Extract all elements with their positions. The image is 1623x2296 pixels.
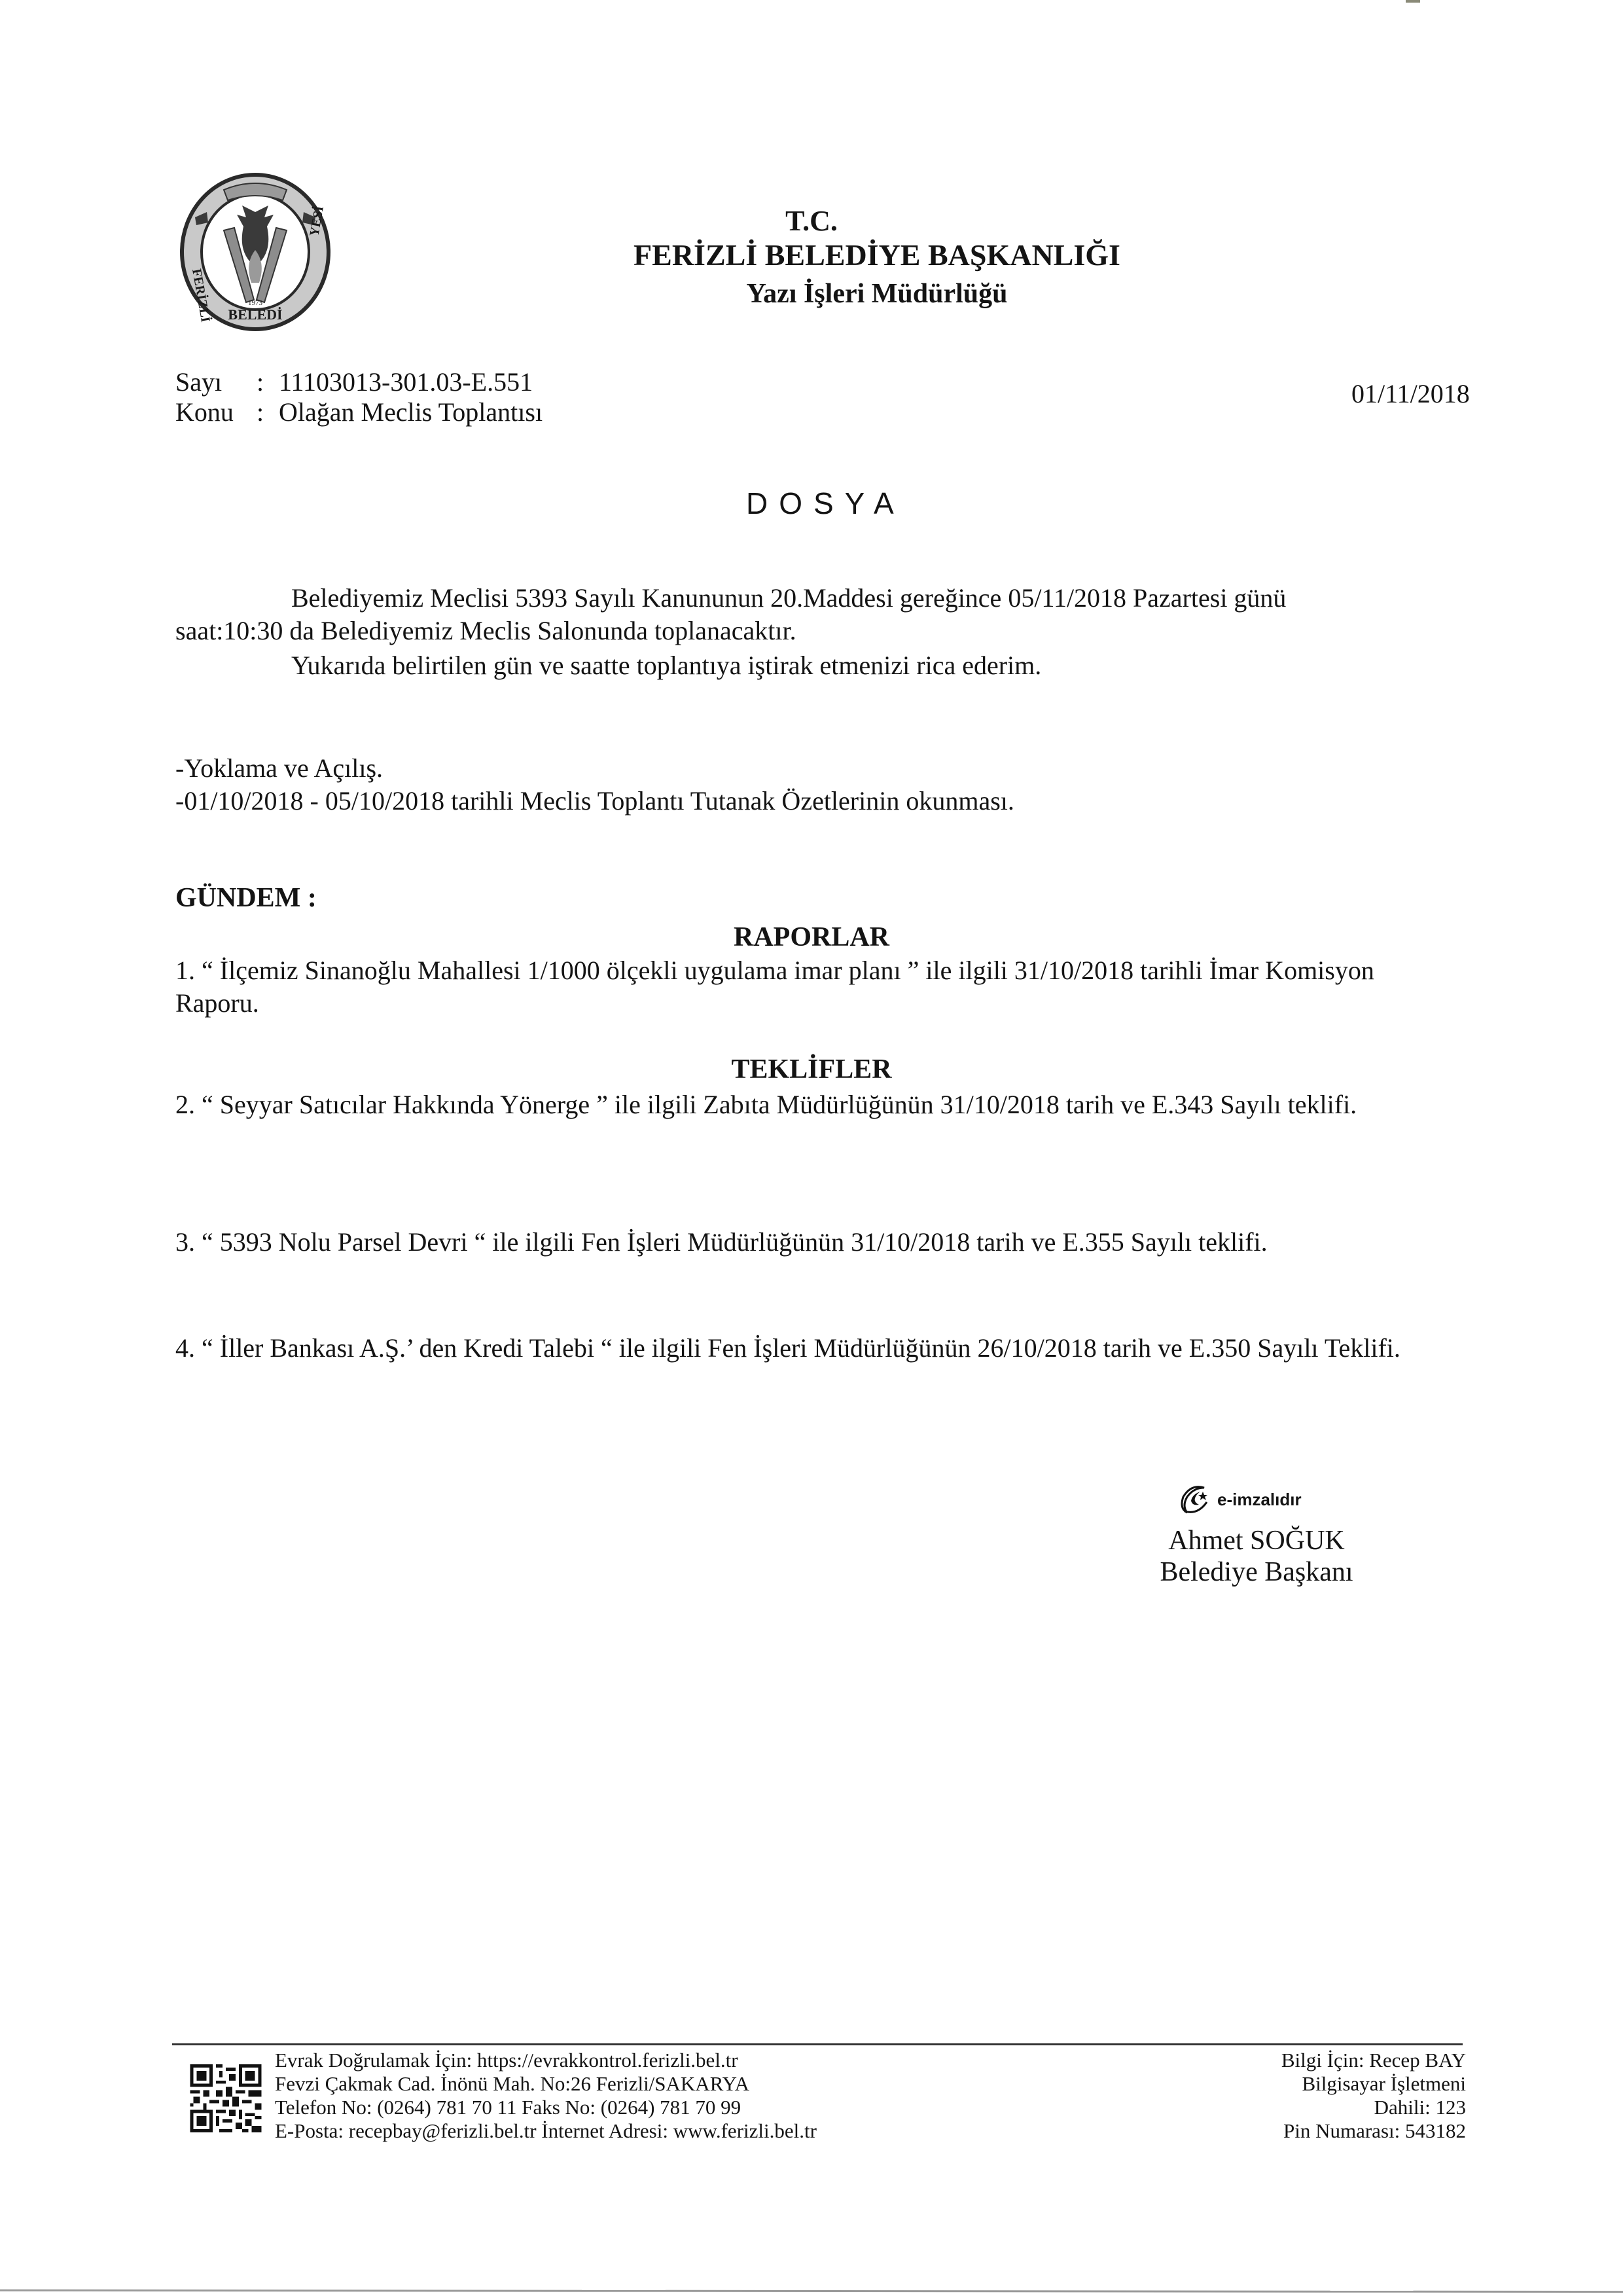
sayi-label: Sayı bbox=[175, 367, 257, 397]
e-signature-badge: e-imzalıdır bbox=[1178, 1482, 1302, 1516]
signatory-title: Belediye Başkanı bbox=[1113, 1556, 1400, 1588]
signatory-name: Ahmet SOĞUK bbox=[1113, 1525, 1400, 1556]
footer-email-line: E-Posta: recepbay@ferizli.bel.tr İnterne… bbox=[275, 2119, 817, 2143]
scan-artifact-mark bbox=[1406, 0, 1420, 3]
footer-divider bbox=[172, 2043, 1463, 2045]
header-tc: T.C. bbox=[654, 204, 969, 238]
footer-extension: Dahili: 123 bbox=[1191, 2096, 1466, 2119]
footer-phone-line: Telefon No: (0264) 781 70 11 Faks No: (0… bbox=[275, 2096, 741, 2119]
body-paragraph-1-line-2: saat:10:30 da Belediyemiz Meclis Salonun… bbox=[175, 615, 796, 646]
preliminary-item: -Yoklama ve Açılış. bbox=[175, 753, 383, 783]
section-heading-teklifler: TEKLİFLER bbox=[681, 1054, 942, 1085]
body-paragraph-1-line-1: Belediyemiz Meclisi 5393 Sayılı Kanununu… bbox=[291, 583, 1286, 613]
scan-page-edge bbox=[0, 2289, 1623, 2293]
body-paragraph-2: Yukarıda belirtilen gün ve saatte toplan… bbox=[291, 650, 1041, 681]
e-signature-label: e-imzalıdır bbox=[1217, 1490, 1302, 1509]
agenda-item: 4. “ İller Bankası A.Ş.’ den Kredi Taleb… bbox=[175, 1332, 1468, 1365]
konu-separator: : bbox=[257, 397, 279, 427]
preliminary-item: -01/10/2018 - 05/10/2018 tarihli Meclis … bbox=[175, 785, 1014, 816]
agenda-item: 1. “ İlçemiz Sinanoğlu Mahallesi 1/1000 … bbox=[175, 954, 1406, 1020]
meta-sayi-row: Sayı:11103013-301.03-E.551 bbox=[175, 367, 533, 397]
sayi-value: 11103013-301.03-E.551 bbox=[279, 367, 533, 397]
document-title: DOSYA bbox=[746, 486, 905, 521]
document-date: 01/11/2018 bbox=[1351, 378, 1470, 409]
footer-pin-number: Pin Numarası: 543182 bbox=[1191, 2119, 1466, 2143]
agenda-item: 3. “ 5393 Nolu Parsel Devri “ ile ilgili… bbox=[175, 1226, 1458, 1259]
konu-value: Olağan Meclis Toplantısı bbox=[279, 397, 543, 427]
agenda-title: GÜNDEM : bbox=[175, 882, 317, 914]
qr-code-icon[interactable] bbox=[190, 2064, 262, 2132]
svg-text:BELEDİ: BELEDİ bbox=[228, 306, 282, 323]
footer-contact-role: Bilgisayar İşletmeni bbox=[1191, 2072, 1466, 2096]
footer-verification-line: Evrak Doğrulamak İçin: https://evrakkont… bbox=[275, 2049, 738, 2072]
section-heading-raporlar: RAPORLAR bbox=[681, 922, 942, 953]
agenda-item: 2. “ Seyyar Satıcılar Hakkında Yönerge ”… bbox=[175, 1088, 1452, 1121]
footer-address-line: Fevzi Çakmak Cad. İnönü Mah. No:26 Feriz… bbox=[275, 2072, 749, 2096]
header-organization: FERİZLİ BELEDİYE BAŞKANLIĞI bbox=[510, 238, 1243, 272]
footer-contact-person: Bilgi İçin: Recep BAY bbox=[1191, 2049, 1466, 2072]
meta-konu-row: Konu:Olağan Meclis Toplantısı bbox=[175, 397, 543, 427]
konu-label: Konu bbox=[175, 397, 257, 427]
municipality-seal-icon: 1973 BELEDİ FERİZLİ YESİ bbox=[178, 171, 332, 332]
sayi-separator: : bbox=[257, 367, 279, 397]
header-department: Yazı İşleri Müdürlüğü bbox=[576, 278, 1178, 310]
e-signature-crescent-star-icon bbox=[1178, 1482, 1212, 1516]
